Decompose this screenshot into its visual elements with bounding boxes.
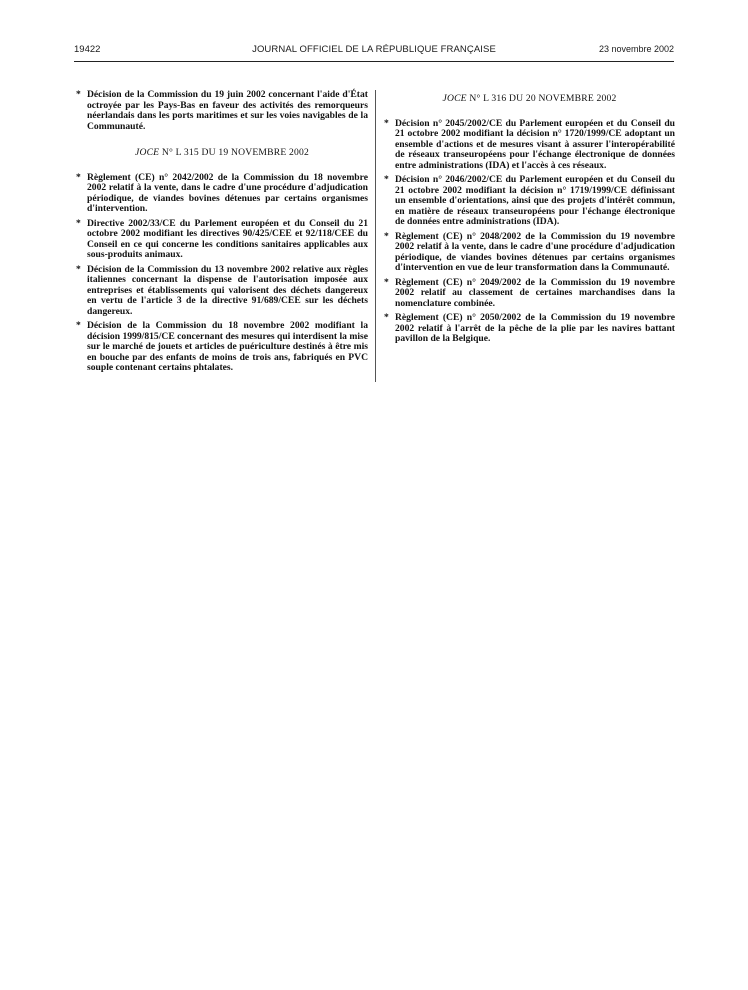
asterisk-bullet-icon: * xyxy=(76,219,81,230)
section-heading-text: N° L 316 DU 20 NOVEMBRE 2002 xyxy=(467,93,617,104)
entry-text: Règlement (CE) n° 2049/2002 de la Commis… xyxy=(395,277,675,309)
header-rule xyxy=(74,61,674,62)
issue-date: 23 novembre 2002 xyxy=(599,44,674,54)
list-item: * Décision n° 2046/2002/CE du Parlement … xyxy=(384,175,675,228)
asterisk-bullet-icon: * xyxy=(76,173,81,184)
page-header: 19422 JOURNAL OFFICIEL DE LA RÉPUBLIQUE … xyxy=(74,44,674,58)
entry-text: Décision n° 2046/2002/CE du Parlement eu… xyxy=(395,174,675,227)
list-item: * Décision de la Commission du 18 novemb… xyxy=(76,321,368,374)
section-heading-joce-l315: JOCE N° L 315 DU 19 NOVEMBRE 2002 xyxy=(76,148,368,159)
joce-label: JOCE xyxy=(135,147,159,158)
list-item: * Règlement (CE) n° 2042/2002 de la Comm… xyxy=(76,173,368,215)
entry-text: Décision de la Commission du 13 novembre… xyxy=(87,264,368,317)
asterisk-bullet-icon: * xyxy=(384,119,389,130)
column-divider xyxy=(375,90,376,382)
asterisk-bullet-icon: * xyxy=(384,313,389,324)
left-column: * Décision de la Commission du 19 juin 2… xyxy=(76,90,368,378)
list-item: * Directive 2002/33/CE du Parlement euro… xyxy=(76,219,368,261)
list-item: * Décision n° 2045/2002/CE du Parlement … xyxy=(384,119,675,172)
entry-text: Règlement (CE) n° 2048/2002 de la Commis… xyxy=(395,231,675,274)
journal-title: JOURNAL OFFICIEL DE LA RÉPUBLIQUE FRANÇA… xyxy=(74,44,674,55)
asterisk-bullet-icon: * xyxy=(76,265,81,276)
asterisk-bullet-icon: * xyxy=(384,232,389,243)
right-column: JOCE N° L 316 DU 20 NOVEMBRE 2002 * Déci… xyxy=(384,94,675,349)
list-item: * Règlement (CE) n° 2049/2002 de la Comm… xyxy=(384,278,675,310)
list-item: * Décision de la Commission du 19 juin 2… xyxy=(76,90,368,132)
entry-text: Règlement (CE) n° 2050/2002 de la Commis… xyxy=(395,312,675,344)
asterisk-bullet-icon: * xyxy=(76,90,81,101)
asterisk-bullet-icon: * xyxy=(384,175,389,186)
asterisk-bullet-icon: * xyxy=(384,278,389,289)
entry-text: Décision de la Commission du 19 juin 200… xyxy=(87,89,368,132)
section-heading-joce-l316: JOCE N° L 316 DU 20 NOVEMBRE 2002 xyxy=(384,94,675,105)
entry-text: Décision de la Commission du 18 novembre… xyxy=(87,320,368,373)
entry-text: Règlement (CE) n° 2042/2002 de la Commis… xyxy=(87,172,368,215)
entry-text: Décision n° 2045/2002/CE du Parlement eu… xyxy=(395,118,675,171)
list-item: * Règlement (CE) n° 2050/2002 de la Comm… xyxy=(384,313,675,345)
list-item: * Décision de la Commission du 13 novemb… xyxy=(76,265,368,318)
entry-text: Directive 2002/33/CE du Parlement europé… xyxy=(87,218,368,261)
list-item: * Règlement (CE) n° 2048/2002 de la Comm… xyxy=(384,232,675,274)
section-heading-text: N° L 315 DU 19 NOVEMBRE 2002 xyxy=(159,147,309,158)
joce-label: JOCE xyxy=(443,93,467,104)
asterisk-bullet-icon: * xyxy=(76,321,81,332)
